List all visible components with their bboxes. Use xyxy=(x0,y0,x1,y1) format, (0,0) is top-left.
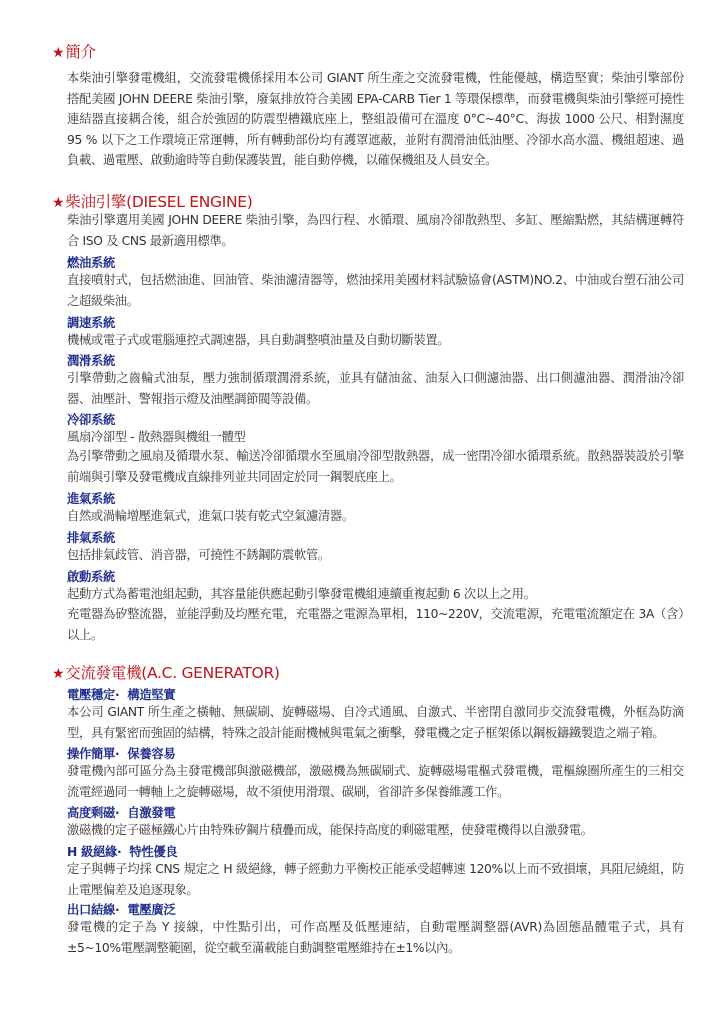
exhaust-system-text: 包括排氣歧管、消音器，可撓性不銹鋼防震軟管。 xyxy=(67,545,684,566)
subheading-exhaust-system: 排氣系統 xyxy=(67,528,115,546)
voltage-stable-text: 本公司 GIANT 所生產之橫軸、無碳刷、旋轉磁場、自冷式通風、自激式、半密閉自… xyxy=(67,702,684,743)
subheading-part: H 級絕緣· xyxy=(67,845,121,859)
section-title-intro: ★簡介 xyxy=(52,40,96,62)
starting-system-text-2: 充電器為矽整流器，並能浮動及均壓充電，充電器之電源為單相，110~220V，交流… xyxy=(67,604,684,645)
subheading-part: 電壓穩定· xyxy=(67,688,119,702)
section-title-text: 柴油引擎(DIESEL ENGINE) xyxy=(65,193,252,211)
intake-system-text: 自然或渦輪增壓進氣式，進氣口裝有乾式空氣濾清器。 xyxy=(67,506,684,527)
subheading-simple-operation: 操作簡單·保養容易 xyxy=(67,744,175,762)
section-title-generator: ★交流發電機(A.C. GENERATOR) xyxy=(52,661,280,683)
subheading-governor-system: 調速系統 xyxy=(67,313,115,331)
subheading-part: 自激發電 xyxy=(127,806,175,820)
subheading-part: 操作簡單· xyxy=(67,747,119,761)
subheading-part: 保養容易 xyxy=(127,747,175,761)
subheading-h-class-insulation: H 級絕緣·特性優良 xyxy=(67,842,177,860)
simple-operation-text: 發電機內部可區分為主發電機部與激磁機部，激磁機為無碳刷式、旋轉磁場電樞式發電機，… xyxy=(67,761,684,802)
engine-paragraph: 柴油引擎選用美國 JOHN DEERE 柴油引擎，為四行程、水循環、風扇冷卻散熱… xyxy=(67,210,684,251)
subheading-cooling-system: 冷卻系統 xyxy=(67,410,115,428)
subheading-part: 特性優良 xyxy=(129,845,177,859)
section-title-text: 交流發電機(A.C. GENERATOR) xyxy=(65,664,279,682)
section-title-text: 簡介 xyxy=(65,43,95,61)
intro-paragraph: 本柴油引擎發電機組，交流發電機係採用本公司 GIANT 所生產之交流發電機，性能… xyxy=(67,68,684,171)
subheading-fuel-system: 燃油系統 xyxy=(67,253,115,271)
subheading-voltage-stable: 電壓穩定·構造堅實 xyxy=(67,685,175,703)
subheading-starting-system: 啟動系統 xyxy=(67,567,115,585)
h-class-insulation-text: 定子與轉子均採 CNS 規定之 H 級絕緣，轉子經動力平衡校正能承受超轉速 12… xyxy=(67,859,684,900)
residual-magnetism-text: 激磁機的定子磁極鐵心片由特殊矽鋼片積疊而成，能保持高度的剩磁電壓，使發電機得以自… xyxy=(67,820,684,841)
star-icon: ★ xyxy=(52,45,64,61)
section-title-engine: ★柴油引擎(DIESEL ENGINE) xyxy=(52,190,253,212)
star-icon: ★ xyxy=(52,666,64,682)
output-connection-text: 發電機的定子為 Y 接線，中性點引出，可作高壓及低壓連結，自動電壓調整器(AVR… xyxy=(67,917,684,958)
subheading-intake-system: 進氣系統 xyxy=(67,489,115,507)
lubrication-system-text: 引擎帶動之齒輪式油泵，壓力強制循環潤滑系統，並具有儲油盆、油泵入口側濾油器、出口… xyxy=(67,368,684,409)
subheading-part: 出口結線· xyxy=(67,903,119,917)
subheading-residual-magnetism: 高度剩磁·自激發電 xyxy=(67,803,175,821)
subheading-part: 構造堅實 xyxy=(127,688,175,702)
starting-system-text: 起動方式為蓄電池組起動，其容量能供應起動引擎發電機組連續重複起動 6 次以上之用… xyxy=(67,584,684,605)
cooling-system-text: 風扇冷卻型 - 散熱器與機組一體型 xyxy=(67,427,684,448)
governor-system-text: 機械或電子式或電腦連控式調速器，具自動調整噴油量及自動切斷裝置。 xyxy=(67,330,684,351)
subheading-part: 電壓廣泛 xyxy=(127,903,175,917)
subheading-lubrication-system: 潤滑系統 xyxy=(67,351,115,369)
star-icon: ★ xyxy=(52,195,64,211)
subheading-output-connection: 出口結線·電壓廣泛 xyxy=(67,900,175,918)
fuel-system-text: 直接噴射式，包括燃油進、回油管、柴油濾清器等，燃油採用美國材料試驗協會(ASTM… xyxy=(67,270,684,311)
subheading-part: 高度剩磁· xyxy=(67,806,119,820)
cooling-system-text-2: 為引擎帶動之風扇及循環水泵、輸送冷卻循環水至風扇冷卻型散熱器，成一密閉冷卻水循環… xyxy=(67,446,684,487)
